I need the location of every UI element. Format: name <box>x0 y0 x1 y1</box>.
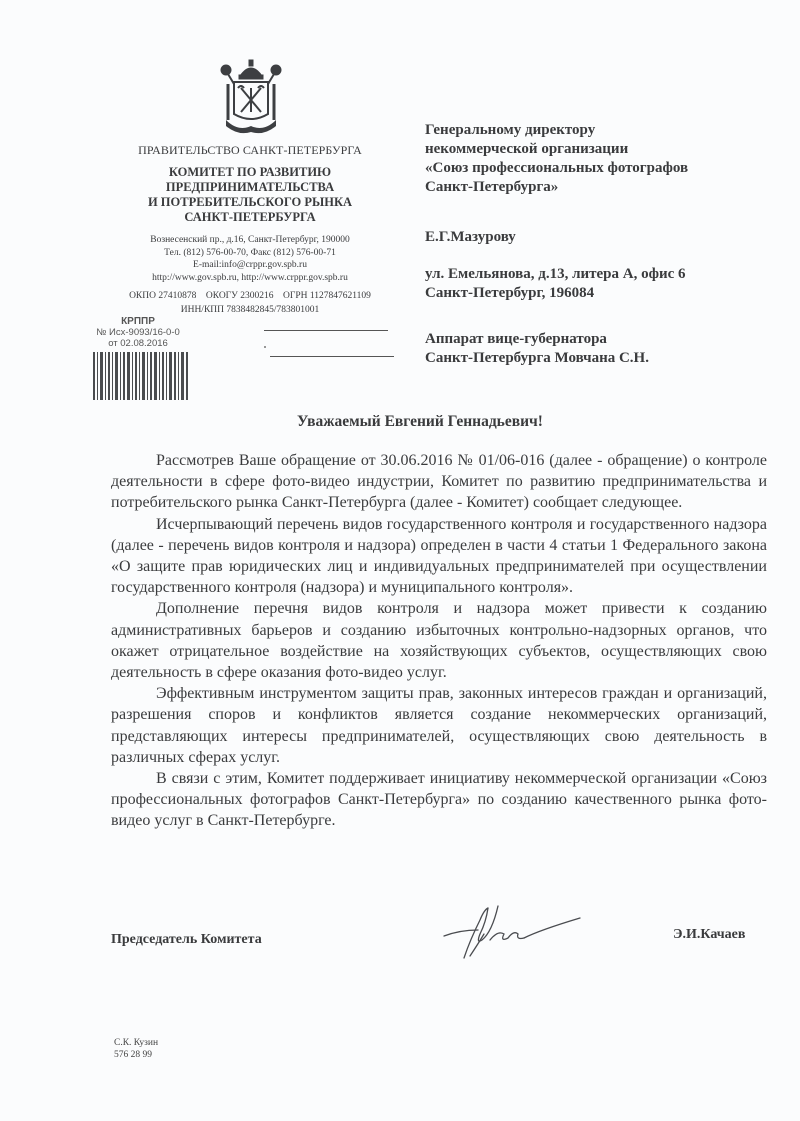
committee-name: КОМИТЕТ ПО РАЗВИТИЮ ПРЕДПРИНИМАТЕЛЬСТВА … <box>100 165 400 225</box>
address-line: ул. Емельянова, д.13, литера А, офис 6 <box>425 265 686 284</box>
government-name: ПРАВИТЕЛЬСТВО САНКТ-ПЕТЕРБУРГА <box>100 143 400 158</box>
registration-number: № Исх-9093/16-0-0 <box>88 327 188 338</box>
committee-line: КОМИТЕТ ПО РАЗВИТИЮ <box>100 165 400 180</box>
address-line: Вознесенский пр., д.16, Санкт-Петербург,… <box>100 234 400 247</box>
body-paragraph: Эффективным инструментом защиты прав, за… <box>111 683 767 768</box>
recipient-name: Е.Г.Мазурову <box>425 228 516 247</box>
committee-line: ПРЕДПРИНИМАТЕЛЬСТВА <box>100 180 400 195</box>
website-line: http://www.gov.spb.ru, http://www.crppr.… <box>100 272 400 285</box>
signatory-title: Председатель Комитета <box>111 932 262 948</box>
committee-line: САНКТ-ПЕТЕРБУРГА <box>100 210 400 225</box>
body-paragraph: Дополнение перечня видов контроля и надз… <box>111 598 767 683</box>
copy-line: Санкт-Петербурга Мовчана С.Н. <box>425 349 649 368</box>
address-line: Санкт-Петербург, 196084 <box>425 284 686 303</box>
coat-of-arms-icon <box>218 58 284 138</box>
stray-mark <box>264 346 266 348</box>
signatory-name: Э.И.Качаев <box>673 927 745 943</box>
handwritten-signature-icon <box>440 900 590 960</box>
recipient-line: Генеральному директору <box>425 121 688 140</box>
letter-body: Рассмотрев Ваше обращение от 30.06.2016 … <box>111 450 767 832</box>
body-paragraph: В связи с этим, Комитет поддерживает ини… <box>111 768 767 832</box>
executor-name: С.К. Кузин <box>114 1037 158 1049</box>
recipient-line: Санкт-Петербурга» <box>425 178 688 197</box>
reference-line <box>264 330 388 331</box>
registry-codes: ОКПО 27410878 ОКОГУ 2300216 ОГРН 1127847… <box>100 289 400 317</box>
reference-line <box>270 356 394 357</box>
barcode-icon <box>93 352 189 400</box>
recipient-block: Генеральному директору некоммерческой ор… <box>425 121 688 197</box>
executor-info: С.К. Кузин 576 28 99 <box>114 1037 158 1061</box>
copy-recipient: Аппарат вице-губернатора Санкт-Петербург… <box>425 330 649 368</box>
registration-org: КРППР <box>88 316 188 327</box>
committee-contacts: Вознесенский пр., д.16, Санкт-Петербург,… <box>100 234 400 284</box>
phone-fax-line: Тел. (812) 576-00-70, Факс (812) 576-00-… <box>100 247 400 260</box>
executor-phone: 576 28 99 <box>114 1049 158 1061</box>
committee-line: И ПОТРЕБИТЕЛЬСКОГО РЫНКА <box>100 195 400 210</box>
registration-date: от 02.08.2016 <box>88 338 188 349</box>
salutation: Уважаемый Евгений Геннадьевич! <box>0 413 800 431</box>
recipient-line: «Союз профессиональных фотографов <box>425 159 688 178</box>
body-paragraph: Исчерпывающий перечень видов государстве… <box>111 514 767 599</box>
recipient-line: некоммерческой организации <box>425 140 688 159</box>
registration-stamp: КРППР № Исх-9093/16-0-0 от 02.08.2016 <box>88 316 188 349</box>
okpo-okogu-ogrn: ОКПО 27410878 ОКОГУ 2300216 ОГРН 1127847… <box>100 289 400 303</box>
body-paragraph: Рассмотрев Ваше обращение от 30.06.2016 … <box>111 450 767 514</box>
email-line: E-mail:info@crppr.gov.spb.ru <box>100 259 400 272</box>
recipient-address: ул. Емельянова, д.13, литера А, офис 6 С… <box>425 265 686 303</box>
copy-line: Аппарат вице-губернатора <box>425 330 649 349</box>
inn-kpp: ИНН/КПП 7838482845/783801001 <box>100 303 400 317</box>
